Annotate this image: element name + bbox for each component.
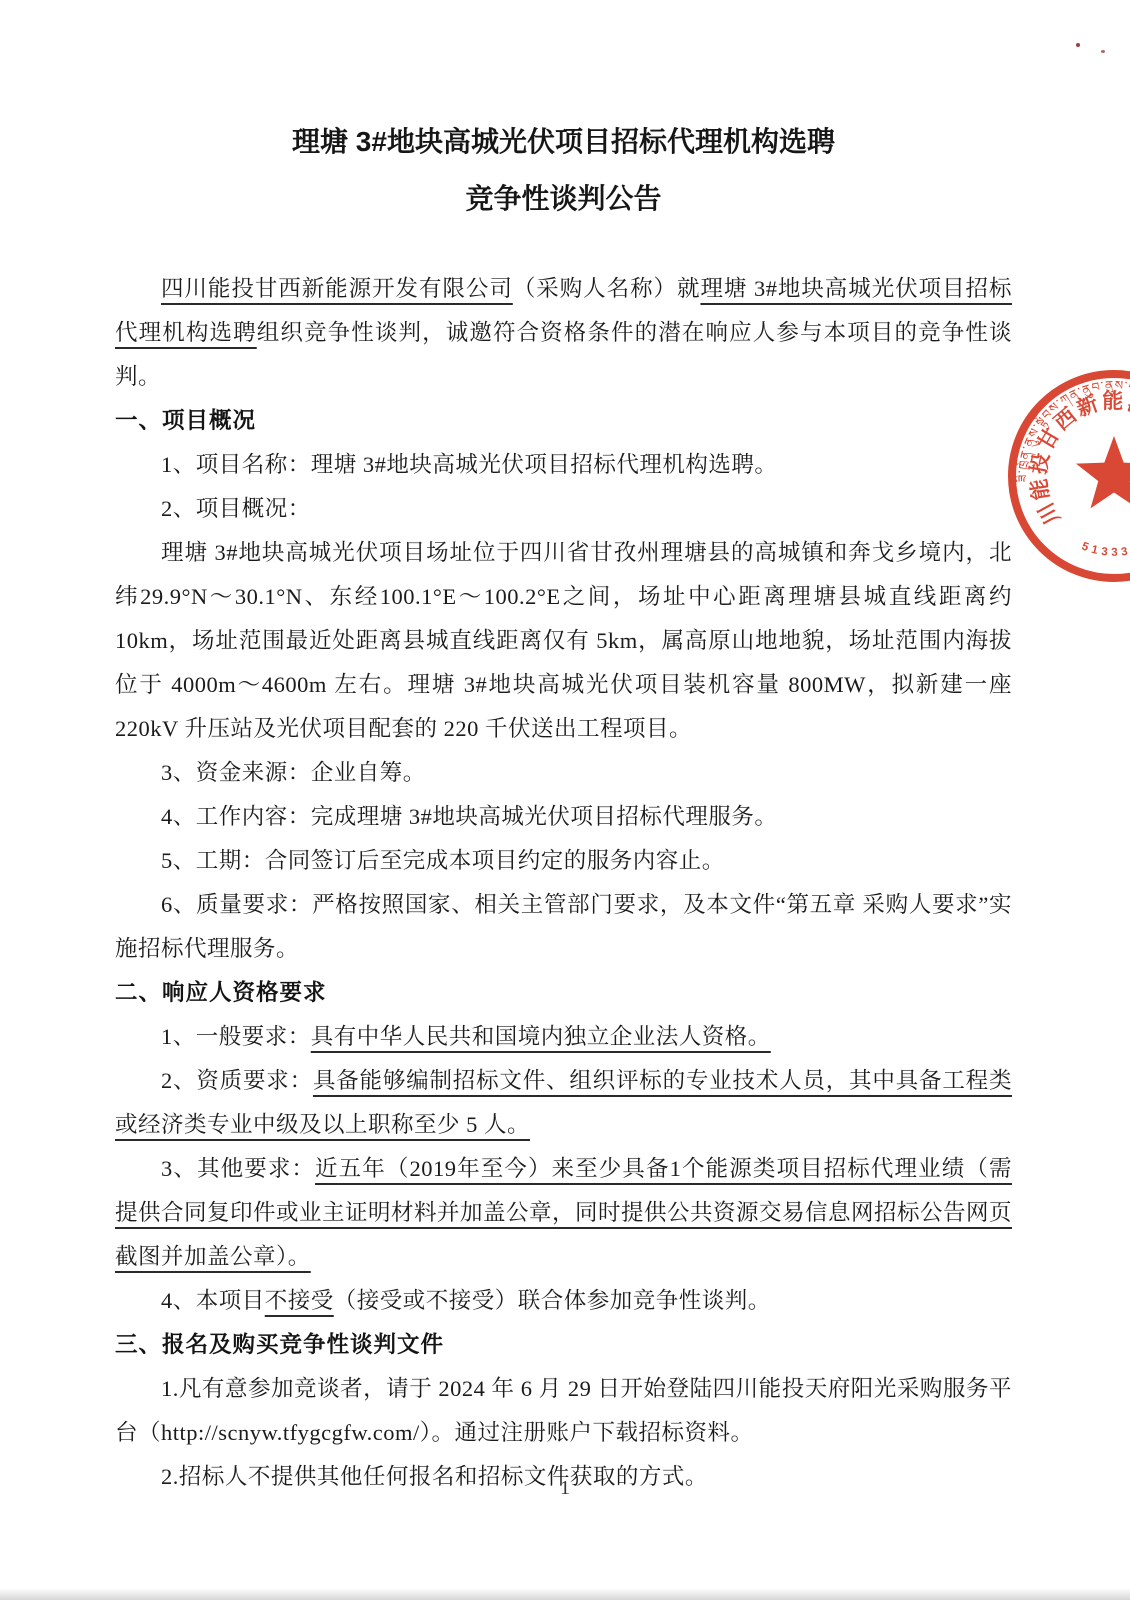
section1-item3-funding: 3、资金来源：企业自筹。	[115, 751, 1012, 795]
section3-item1-registration: 1.凡有意参加竞谈者，请于 2024 年 6 月 29 日开始登陆四川能投天府阳…	[115, 1367, 1012, 1455]
document-title-line2: 竞争性谈判公告	[115, 181, 1012, 217]
item4-post-text: （接受或不接受）联合体参加竞争性谈判。	[334, 1288, 771, 1313]
section2-item1-general: 1、一般要求：具有中华人民共和国境内独立企业法人资格。	[115, 1015, 1012, 1059]
item1-label: 1、一般要求：	[161, 1024, 311, 1049]
red-ink-speck	[1076, 43, 1080, 47]
seal-outer-ring	[1012, 374, 1130, 578]
item4-pre-text: 4、本项目	[161, 1288, 265, 1313]
section1-item6-quality: 6、质量要求：严格按照国家、相关主管部门要求，及本文件“第五章 采购人要求”实施…	[115, 883, 1012, 971]
seal-serial-number: 51333450	[1080, 533, 1130, 558]
document-body: 四川能投甘西新能源开发有限公司（采购人名称）就理塘 3#地块高城光伏项目招标代理…	[115, 267, 1012, 1499]
seal-tibetan-ring-text: ཟི་ཁྲོན་ནུས་སྟོབས་ཀན་ནུབ་ནུས་གསར་སྤེལ་ཚད…	[1013, 378, 1130, 482]
seal-star-icon	[1076, 436, 1130, 508]
item4-not-accept: 不接受	[265, 1288, 334, 1313]
section2-item4-consortium: 4、本项目不接受（接受或不接受）联合体参加竞争性谈判。	[115, 1279, 1012, 1323]
section1-item1-project-name: 1、项目名称：理塘 3#地块高城光伏项目招标代理机构选聘。	[115, 443, 1012, 487]
section2-item3-other: 3、其他要求：近五年（2019年至今）来至少具备1个能源类项目招标代理业绩（需提…	[115, 1147, 1012, 1279]
scan-edge-shadow	[0, 1588, 1130, 1600]
red-ink-speck	[1101, 50, 1105, 53]
purchaser-name: 四川能投甘西新能源开发有限公司	[161, 276, 513, 301]
intro-mid-text: （采购人名称）就	[513, 276, 701, 301]
section2-heading: 二、响应人资格要求	[115, 971, 1012, 1015]
scanned-document-page: 理塘 3#地块高城光伏项目招标代理机构选聘 竞争性谈判公告 四川能投甘西新能源开…	[0, 0, 1130, 1600]
section2-item2-qualification: 2、资质要求：具备能够编制招标文件、组织评标的专业技术人员，其中具备工程类或经济…	[115, 1059, 1012, 1147]
item3-label: 3、其他要求：	[161, 1156, 315, 1181]
section1-project-overview: 理塘 3#地块高城光伏项目场址位于四川省甘孜州理塘县的高城镇和奔戈乡境内，北纬2…	[115, 531, 1012, 751]
document-content: 理塘 3#地块高城光伏项目招标代理机构选聘 竞争性谈判公告 四川能投甘西新能源开…	[115, 0, 1012, 1499]
intro-paragraph: 四川能投甘西新能源开发有限公司（采购人名称）就理塘 3#地块高城光伏项目招标代理…	[115, 267, 1012, 399]
item1-requirement: 具有中华人民共和国境内独立企业法人资格。	[311, 1024, 771, 1049]
document-title-line1: 理塘 3#地块高城光伏项目招标代理机构选聘	[115, 124, 1012, 160]
section3-heading: 三、报名及购买竞争性谈判文件	[115, 1323, 1012, 1367]
item2-label: 2、资质要求：	[161, 1068, 313, 1093]
section1-item5-duration: 5、工期：合同签订后至完成本项目约定的服务内容止。	[115, 839, 1012, 883]
section1-item4-work-content: 4、工作内容：完成理塘 3#地块高城光伏项目招标代理服务。	[115, 795, 1012, 839]
section1-item2-overview-label: 2、项目概况：	[115, 487, 1012, 531]
section1-heading: 一、项目概况	[115, 399, 1012, 443]
page-number: 1	[0, 1477, 1130, 1500]
